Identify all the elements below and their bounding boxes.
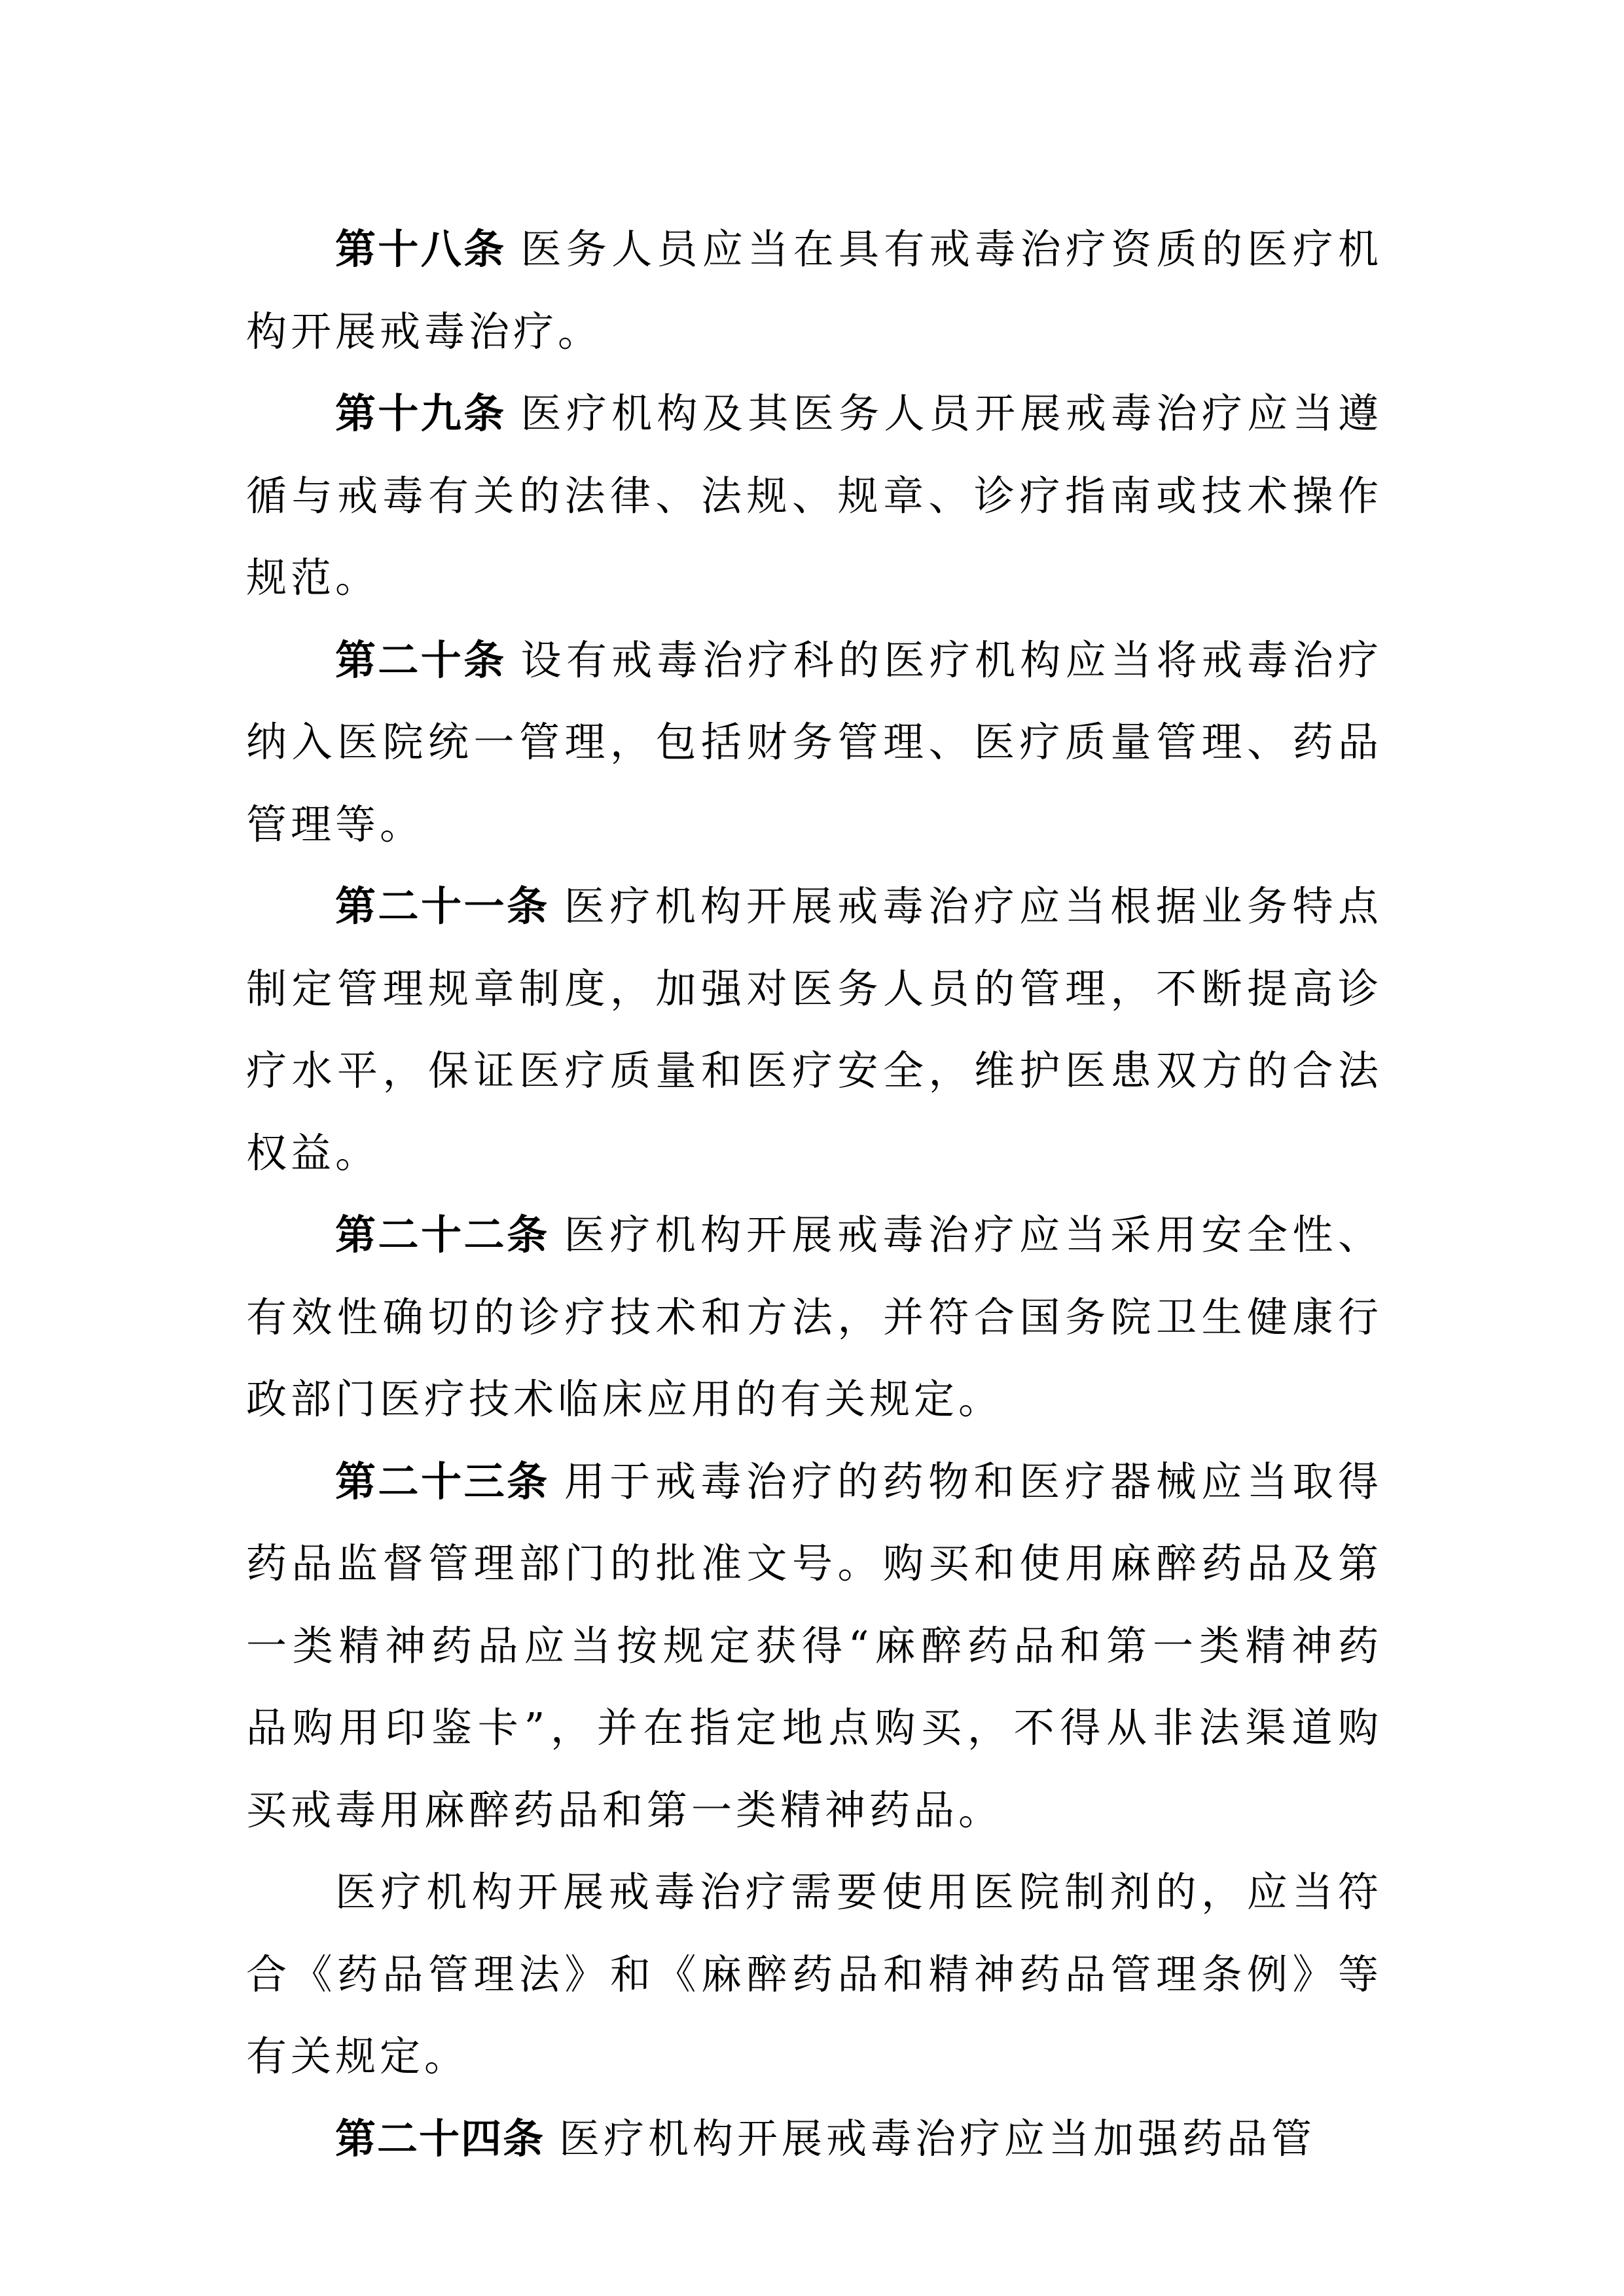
article-20: 第二十条设有戒毒治疗科的医疗机构应当将戒毒治疗纳入医院统一管理，包括财务管理、医…	[246, 619, 1382, 866]
article-number: 第二十条	[335, 636, 506, 684]
article-number: 第二十四条	[335, 2115, 545, 2162]
article-text: 医疗机构开展戒毒治疗需要使用医院制剂的，应当符合《药品管理法》和《麻醉药品和精神…	[246, 1868, 1382, 2080]
article-number: 第十九条	[335, 389, 506, 437]
article-text: 用于戒毒治疗的药物和医疗器械应当取得药品监督管理部门的批准文号。购买和使用麻醉药…	[246, 1458, 1382, 1834]
article-18: 第十八条医务人员应当在具有戒毒治疗资质的医疗机构开展戒毒治疗。	[246, 208, 1382, 372]
article-number: 第二十二条	[335, 1211, 550, 1259]
article-21: 第二十一条医疗机构开展戒毒治疗应当根据业务特点制定管理规章制度，加强对医务人员的…	[246, 865, 1382, 1194]
article-24: 第二十四条医疗机构开展戒毒治疗应当加强药品管	[246, 2098, 1382, 2180]
article-19: 第十九条医疗机构及其医务人员开展戒毒治疗应当遵循与戒毒有关的法律、法规、规章、诊…	[246, 372, 1382, 619]
article-23: 第二十三条用于戒毒治疗的药物和医疗器械应当取得药品监督管理部门的批准文号。购买和…	[246, 1441, 1382, 1852]
article-23-paragraph-2: 医疗机构开展戒毒治疗需要使用医院制剂的，应当符合《药品管理法》和《麻醉药品和精神…	[246, 1851, 1382, 2098]
article-number: 第十八条	[335, 225, 506, 273]
article-number: 第二十一条	[335, 882, 550, 930]
article-number: 第二十三条	[335, 1458, 550, 1505]
document-page: 第十八条医务人员应当在具有戒毒治疗资质的医疗机构开展戒毒治疗。 第十九条医疗机构…	[246, 208, 1382, 2179]
article-22: 第二十二条医疗机构开展戒毒治疗应当采用安全性、有效性确切的诊疗技术和方法，并符合…	[246, 1194, 1382, 1441]
article-text: 医疗机构开展戒毒治疗应当加强药品管	[559, 2115, 1316, 2162]
